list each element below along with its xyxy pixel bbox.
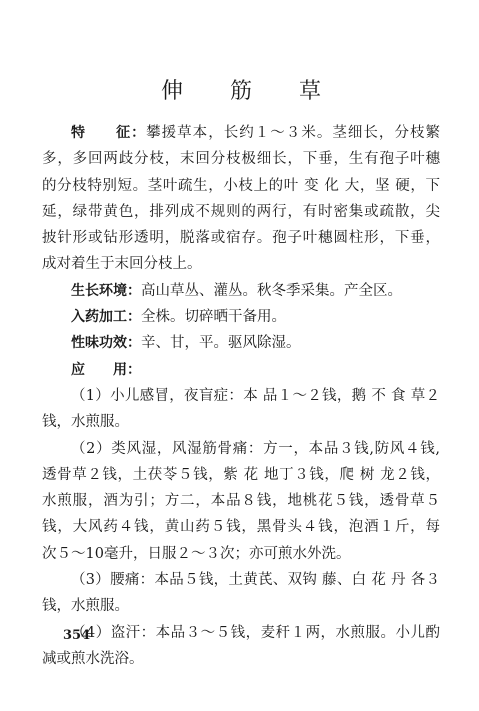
page-title: 伸 筋 草 [42, 74, 440, 105]
usage-item-2-line: 次５～10毫升，日服２～３次；亦可煎水外洗。 [42, 541, 440, 567]
nature-text: 辛、甘，平。驱风除湿。 [141, 335, 301, 351]
usage-item-2-line: 水煎服，酒为引；方二，本品８钱，地桃花５钱，透骨草５ [42, 488, 440, 514]
processing-label: 入药加工： [71, 309, 141, 325]
text: 攀援草本，长约１～３米。茎细长，分枝繁 [146, 125, 440, 141]
usage-heading: 应 用： [42, 357, 440, 383]
habitat-label: 生长环境： [71, 283, 141, 299]
usage-item-1-line: （1）小儿感冒，夜盲症：本 品１～２钱，鹅 不 食 草２ [42, 383, 440, 409]
processing-text: 全株。切碎晒干备用。 [141, 309, 286, 325]
page-number: 354 [63, 628, 90, 643]
processing-line: 入药加工：全株。切碎晒干备用。 [42, 304, 440, 330]
usage-item-2-line: 透骨草２钱，土茯苓５钱，紫 花 地丁３钱，爬 树 龙２钱， [42, 462, 440, 488]
usage-item-2-line: 钱，大风药４钱，黄山药５钱，黑骨头４钱，泡酒１斤，每 [42, 514, 440, 540]
nature-label: 性味功效： [71, 335, 141, 351]
nature-line: 性味功效：辛、甘，平。驱风除湿。 [42, 330, 440, 356]
habitat-text: 高山草丛、灌丛。秋冬季采集。产全区。 [141, 283, 402, 299]
usage-item-1-line: 钱，水煎服。 [42, 409, 440, 435]
usage-item-4-line: （4）盗汗：本品３～５钱，麦秆１两，水煎服。小儿酌 [42, 620, 440, 646]
features-line: 披针形或钻形透明，脱落或宿存。孢子叶穗圆柱形，下垂， [42, 225, 440, 251]
usage-item-2-line: （2）类风湿，风湿筋骨痛：方一，本品３钱,防风４钱, [42, 436, 440, 462]
features-line: 特 征：攀援草本，长约１～３米。茎细长，分枝繁 [42, 120, 440, 146]
page-body: 特 征：攀援草本，长约１～３米。茎细长，分枝繁 多，多回两歧分枝，末回分枝极细长… [42, 120, 440, 672]
features-line: 成对着生于末回分枝上。 [42, 251, 440, 277]
features-label: 特 征： [71, 125, 146, 141]
usage-item-4-line: 减或煎水洗浴。 [42, 646, 440, 672]
features-line: 延，绿带黄色，排列成不规则的两行，有时密集或疏散，尖 [42, 199, 440, 225]
usage-item-3-line: （3）腰痛：本品５钱，土黄芪、双钩 藤、白 花 丹 各３ [42, 567, 440, 593]
usage-item-3-line: 钱，水煎服。 [42, 593, 440, 619]
habitat-line: 生长环境：高山草丛、灌丛。秋冬季采集。产全区。 [42, 278, 440, 304]
usage-label: 应 用： [71, 362, 141, 378]
features-line: 多，多回两歧分枝，末回分枝极细长，下垂，生有孢子叶穗 [42, 146, 440, 172]
features-line: 的分枝特别短。茎叶疏生，小枝上的叶 变 化 大，坚 硬，下 [42, 173, 440, 199]
